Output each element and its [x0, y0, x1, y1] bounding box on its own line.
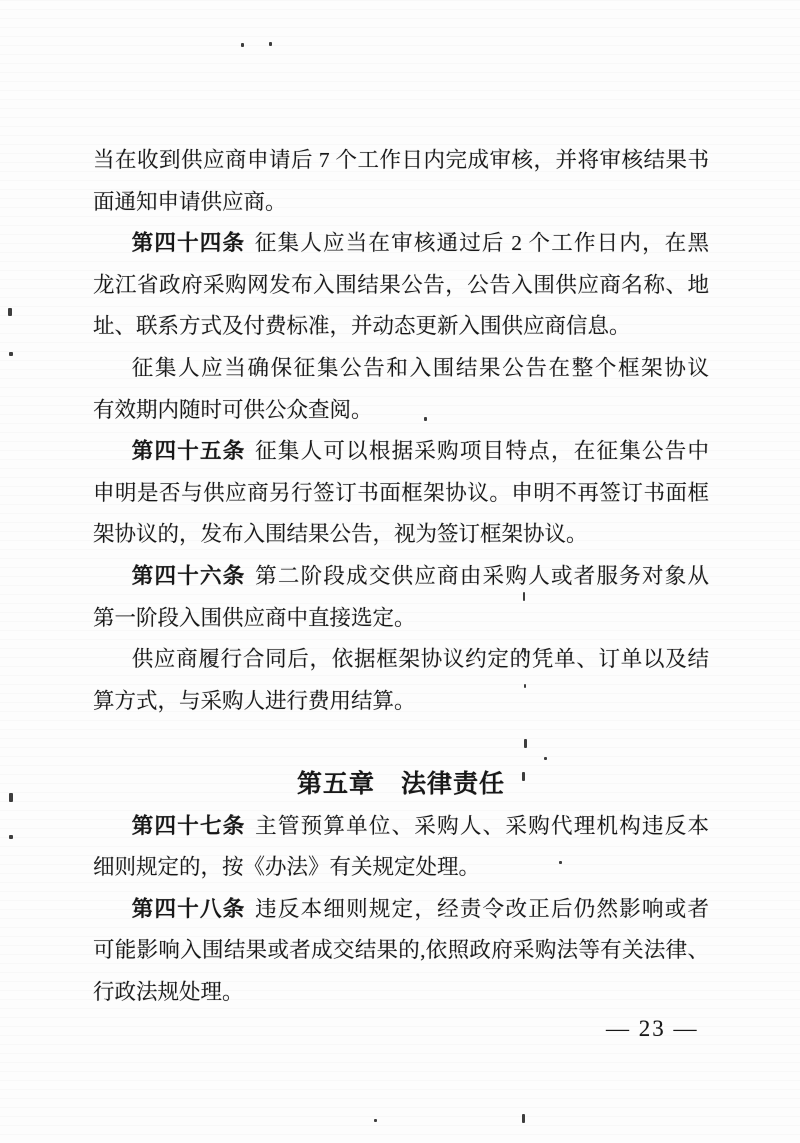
line-text: 征集人应当在审核通过后 2 个工作日内，在黑 [255, 231, 709, 255]
chapter-heading: 第五章 法律责任 [93, 764, 709, 806]
text-line: 第四十六条第二阶段成交供应商由采购人或者服务对象从 [93, 556, 709, 598]
line-text: 第二阶段成交供应商由采购人或者服务对象从 [255, 564, 709, 588]
line-text: 申明是否与供应商另行签订书面框架协议。申明不再签订书面框 [93, 481, 709, 505]
scan-speck [524, 648, 526, 657]
text-line: 当在收到供应商申请后 7 个工作日内完成审核，并将审核结果书 [93, 140, 709, 182]
text-line: 供应商履行合同后，依据框架协议约定的凭单、订单以及结 [93, 639, 709, 681]
scan-speck [241, 43, 244, 47]
scan-speck [8, 308, 12, 316]
scan-speck [269, 42, 272, 46]
line-text: 有效期内随时可供公众查阅。 [93, 398, 373, 422]
article-number: 第四十五条 [132, 439, 246, 463]
document-body: 当在收到供应商申请后 7 个工作日内完成审核，并将审核结果书 面通知申请供应商。… [93, 140, 709, 1013]
line-text: 当在收到供应商申请后 7 个工作日内完成审核，并将审核结果书 [93, 148, 709, 172]
scan-speck [522, 1114, 525, 1123]
scan-speck [424, 417, 427, 421]
text-line: 第一阶段入围供应商中直接选定。 [93, 598, 709, 640]
scan-speck [9, 793, 13, 802]
line-text: 址、联系方式及付费标准，并动态更新入围供应商信息。 [93, 314, 631, 338]
article-number: 第四十八条 [132, 897, 246, 921]
line-text: 算方式，与采购人进行费用结算。 [93, 689, 416, 713]
scan-speck [9, 352, 13, 356]
text-line: 申明是否与供应商另行签订书面框架协议。申明不再签订书面框 [93, 473, 709, 515]
scan-speck [559, 861, 562, 864]
text-line: 细则规定的，按《办法》有关规定处理。 [93, 847, 709, 889]
text-line: 第四十七条主管预算单位、采购人、采购代理机构违反本 [93, 806, 709, 848]
text-line: 算方式，与采购人进行费用结算。 [93, 681, 709, 723]
article-number: 第四十四条 [132, 231, 246, 255]
scan-speck [9, 835, 13, 839]
scan-speck [523, 592, 525, 601]
article-number: 第四十七条 [132, 814, 246, 838]
article-number: 第四十六条 [132, 564, 246, 588]
scan-speck [524, 739, 527, 748]
line-text: 行政法规处理。 [93, 980, 244, 1004]
line-text: 征集人应当确保征集公告和入围结果公告在整个框架协议 [132, 356, 709, 380]
line-text: 龙江省政府采购网发布入围结果公告，公告入围供应商名称、地 [93, 273, 709, 297]
line-text: 违反本细则规定，经责令改正后仍然影响或者 [255, 897, 709, 921]
text-line: 龙江省政府采购网发布入围结果公告，公告入围供应商名称、地 [93, 265, 709, 307]
text-line: 有效期内随时可供公众查阅。 [93, 390, 709, 432]
text-line: 面通知申请供应商。 [93, 182, 709, 224]
text-line: 第四十四条征集人应当在审核通过后 2 个工作日内，在黑 [93, 223, 709, 265]
text-line: 行政法规处理。 [93, 972, 709, 1014]
scan-speck [544, 757, 547, 760]
scan-speck [524, 684, 526, 688]
text-line: 址、联系方式及付费标准，并动态更新入围供应商信息。 [93, 306, 709, 348]
line-text: 供应商履行合同后，依据框架协议约定的凭单、订单以及结 [132, 647, 709, 671]
line-text: 细则规定的，按《办法》有关规定处理。 [93, 855, 480, 879]
line-text: 征集人可以根据采购项目特点，在征集公告中 [255, 439, 709, 463]
scan-speck [374, 1119, 377, 1122]
line-text: 主管预算单位、采购人、采购代理机构违反本 [255, 814, 709, 838]
text-line: 第四十八条违反本细则规定，经责令改正后仍然影响或者 [93, 889, 709, 931]
line-text: 面通知申请供应商。 [93, 190, 287, 214]
blank-line [93, 722, 709, 764]
text-line: 第四十五条征集人可以根据采购项目特点，在征集公告中 [93, 431, 709, 473]
document-page: 当在收到供应商申请后 7 个工作日内完成审核，并将审核结果书 面通知申请供应商。… [0, 0, 800, 1143]
scan-speck [522, 772, 525, 781]
page-number: — 23 — [606, 1014, 699, 1044]
line-text: 架协议的，发布入围结果公告，视为签订框架协议。 [93, 522, 588, 546]
text-line: 可能影响入围结果或者成交结果的,依照政府采购法等有关法律、 [93, 930, 709, 972]
text-line: 征集人应当确保征集公告和入围结果公告在整个框架协议 [93, 348, 709, 390]
line-text: 第一阶段入围供应商中直接选定。 [93, 606, 416, 630]
text-line: 架协议的，发布入围结果公告，视为签订框架协议。 [93, 514, 709, 556]
line-text: 可能影响入围结果或者成交结果的,依照政府采购法等有关法律、 [93, 938, 709, 962]
